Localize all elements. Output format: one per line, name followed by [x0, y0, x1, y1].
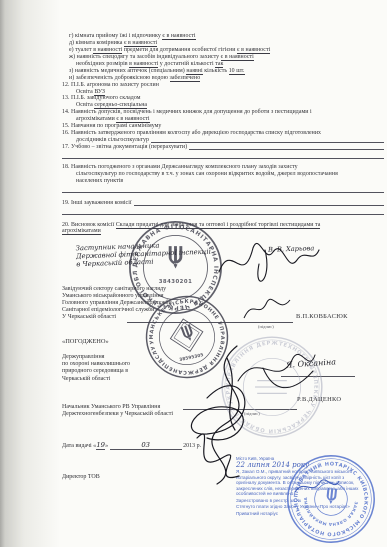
field-label: е) туалет [69, 47, 93, 53]
form-line: агрохімікатами є в наявності [62, 116, 384, 123]
field-value: є в наявності [116, 116, 149, 123]
field-value: ВУЗ [94, 89, 105, 96]
field-label: у достатній кількості [158, 61, 215, 67]
podpis-label: (підпис) [258, 324, 274, 329]
field-label: дослідників сільгоспкультур [76, 137, 149, 144]
title-line: Держуправління [62, 354, 130, 361]
field-label: необхідних розмірів [76, 61, 129, 67]
form-line: 12. П.І.Б. агронома по захисту рослин [62, 82, 384, 89]
officer1-name: В.П.КОВБАСЮК [296, 313, 348, 320]
field-value: наявні [186, 68, 202, 75]
scanned-document-page: г) кімната прийому їжі і відпочинку є в … [0, 0, 387, 547]
field-value: агрохімікатами [62, 228, 101, 235]
officer2-title: Начальник Уманського РВ Управління Держт… [62, 404, 173, 419]
field-label: 13. П.І.Б. завідуючого складом [62, 95, 141, 101]
director-label: Директор ТОВ [62, 474, 100, 480]
field-label: 19. Інші зауваження комісії [62, 200, 132, 207]
field-value: 10 шт. [229, 68, 245, 75]
form-line: дослідників сільгоспкультур [62, 137, 384, 144]
field-label: агрохімікатами [76, 116, 116, 122]
stamp-code: 38430201 [159, 279, 193, 285]
field-label: 16. Наявність затвердженого правлінням к… [62, 130, 321, 136]
form-line: 17. Учбово – звітна документація (перера… [62, 144, 384, 151]
field-label: кількість [203, 68, 229, 74]
title-line: природного середовища в [62, 368, 130, 375]
field-label: и) забезпеченість доброякісною водою [69, 75, 170, 81]
field-label: 17. Учбово – звітна документація (перера… [62, 144, 187, 151]
handwritten-conclusion: Заступник начальника Державної фітосаніт… [76, 241, 212, 269]
title-line: по охороні навколишнього [62, 361, 130, 368]
ruled-fill-line [189, 144, 384, 150]
form-line: сільгоспкультур по господарству в т.ч. у… [62, 171, 384, 178]
field-value: в наявності [93, 47, 122, 54]
form-line: населених пунктів [62, 178, 384, 185]
form-line: 13. П.І.Б. завідуючого складом [62, 95, 384, 102]
form-line: Освіта ВУЗ [62, 89, 384, 96]
handwritten-month: 03 [110, 441, 182, 450]
form-line: е) туалет в наявності предмети для дотри… [62, 47, 384, 54]
form-line: 14. Наявність допусків, посвідчень і мед… [62, 109, 384, 116]
field-label: 12. П.І.Б. агронома по захисту рослин [62, 82, 159, 88]
ruled-fill-line [134, 200, 384, 206]
form-line: г) кімната прийому їжі і відпочинку є в … [62, 33, 384, 40]
field-label: 20. Висновок комісії [62, 222, 116, 228]
form-line: 18. Наявність погодженого з органами Дер… [62, 164, 384, 171]
form-line: з) наявність медичних аптечок (спеціальн… [62, 68, 384, 75]
ruled-line [62, 185, 384, 193]
officer2-name: Р.В.ДАЦЕНКО [297, 396, 341, 403]
field-label: г) кімната прийому їжі і відпочинку [69, 33, 162, 39]
date-quote: » [105, 443, 108, 449]
eco-department-title: Держуправління по охороні навколишнього … [62, 354, 130, 383]
field-label: 15. Навчання по програмі санмінімуму [62, 123, 161, 129]
form-line: 19. Інші зауваження комісії [62, 200, 384, 207]
form-line: 16. Наявність затвердженого правлінням к… [62, 130, 384, 137]
form-line: и) забезпеченість доброякісною водою заб… [62, 75, 384, 82]
form-line: ж) наявність спецодягу та засобів індиві… [62, 54, 384, 61]
field-label: 14. Наявність допусків, посвідчень і мед… [62, 109, 312, 115]
signature-scribble [213, 230, 323, 295]
handwritten-day: 19 [96, 441, 105, 450]
field-value: є в наявності [221, 54, 254, 61]
title-line: Черкаській області [62, 376, 130, 383]
title-line: Держтехногенбезпеки у Черкаській області [62, 411, 173, 418]
field-value: в наявності [129, 61, 158, 68]
ruled-line [62, 151, 384, 159]
field-label: предмети для дотримання особистої гігієн… [122, 47, 237, 53]
field-label: населених пунктів [76, 178, 123, 184]
agreed-label: «ПОГОДЖЕНО» [62, 338, 109, 345]
form-line: д) кімната комірника є в наявності [62, 40, 384, 47]
field-label: з) наявність медичних аптечок (спеціальн… [69, 68, 186, 74]
field-label: Освіта [76, 102, 94, 108]
field-value: забезпечено [170, 75, 201, 82]
field-label: Освіта [76, 89, 94, 95]
field-label: ж) наявність спецодягу та засобів індиві… [69, 54, 221, 60]
field-label: 18. Наявність погодженого з органами Дер… [62, 164, 298, 170]
signature-scribble [233, 343, 318, 393]
ruled-fill-line [151, 137, 384, 143]
form-body: г) кімната прийому їжі і відпочинку є в … [62, 33, 384, 235]
field-label: д) кімната комірника [69, 40, 124, 46]
field-value: є в наявності [237, 47, 270, 54]
signature-scribble [241, 294, 293, 324]
date-prefix: Дата видачі « [62, 443, 96, 449]
form-line: необхідних розмірів в наявності у достат… [62, 61, 384, 68]
notary-signature-scribble [292, 476, 342, 498]
ruled-line [62, 207, 384, 215]
field-value: є в наявності [162, 33, 195, 40]
field-value: є в наявності [124, 40, 157, 47]
field-label: сільгоспкультур по господарству в т.ч. у… [76, 171, 338, 177]
field-value: так [215, 61, 223, 68]
